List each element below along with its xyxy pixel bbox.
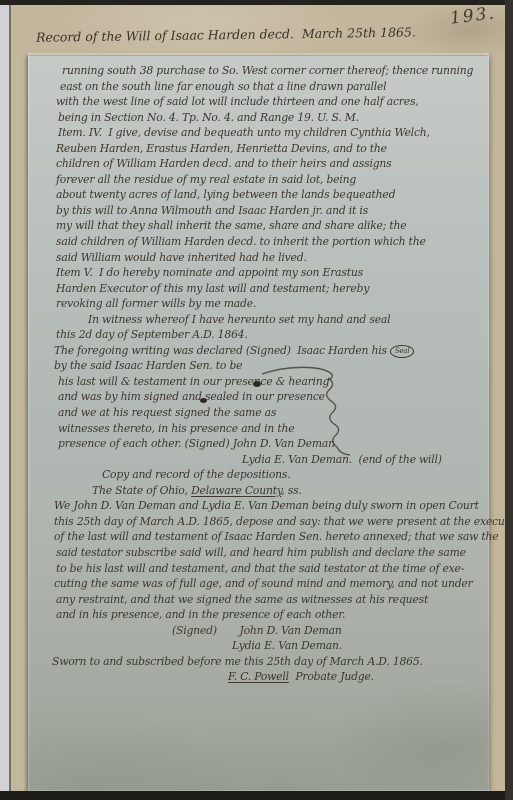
will-line-text: Probate Judge.: [289, 670, 374, 683]
will-line-6: Reuben Harden, Erastus Harden, Henrietta…: [56, 141, 484, 157]
will-line-3: with the west line of said lot will incl…: [56, 94, 484, 110]
will-line-31: of the last will and testament of Isaac …: [54, 529, 484, 545]
ink-blot: [253, 381, 261, 387]
will-line-text: cuting the same was of full age, and of …: [54, 577, 473, 590]
will-line-text: running south 38 purchase to So. West co…: [62, 64, 473, 77]
will-line-text: The foregoing writing was declared (Sign…: [54, 344, 387, 357]
will-line-text: east on the south line far enough so tha…: [60, 80, 386, 93]
will-line-38: Lydia E. Van Deman.: [232, 638, 484, 654]
will-line-27: Copy and record of the depositions.: [102, 467, 484, 483]
will-line-text: with the west line of said lot will incl…: [56, 95, 419, 108]
will-line-text: about twenty acres of land, lying betwee…: [56, 188, 395, 201]
will-line-text: by the said Isaac Harden Sen. to be: [54, 359, 242, 372]
ink-blot: [200, 398, 207, 403]
will-line-13: said William would have inherited had he…: [56, 250, 484, 266]
will-line-text: this 2d day of September A.D. 1864.: [56, 328, 248, 341]
will-line-39: Sworn to and subscribed before me this 2…: [52, 654, 484, 670]
scanned-will-record-page: 193. Record of the Will of Isaac Harden …: [0, 0, 513, 800]
will-line-text: my will that they shall inherit the same…: [56, 219, 407, 232]
will-line-text: said testator subscribe said will, and h…: [56, 546, 466, 559]
will-line-15: Harden Executor of this my last will and…: [56, 281, 484, 297]
will-line-text: Item V. I do hereby nominate and appoint…: [56, 266, 363, 279]
page-edge-seam: [9, 0, 11, 800]
will-line-19: The foregoing writing was declared (Sign…: [54, 343, 484, 359]
page-number: 193.: [449, 3, 497, 28]
will-line-10: by this will to Anna Wilmouth and Isaac …: [56, 203, 484, 219]
seal-mark: Seal: [390, 345, 415, 358]
attestation-brace: [258, 363, 358, 463]
will-line-text: any restraint, and that we signed the sa…: [56, 593, 428, 606]
will-line-8: forever all the residue of my real estat…: [56, 172, 484, 188]
will-line-text: forever all the residue of my real estat…: [56, 173, 356, 186]
will-line-text: by this will to Anna Wilmouth and Isaac …: [56, 204, 368, 217]
will-line-text: said William would have inherited had he…: [56, 251, 307, 264]
will-line-2: east on the south line far enough so tha…: [60, 79, 484, 95]
will-line-34: cuting the same was of full age, and of …: [54, 576, 484, 592]
will-line-17: In witness whereof I have hereunto set m…: [88, 312, 484, 328]
will-line-text: said children of William Harden decd. to…: [56, 235, 426, 248]
will-line-text: (Signed) John D. Van Deman: [172, 624, 342, 637]
will-line-9: about twenty acres of land, lying betwee…: [56, 187, 484, 203]
will-line-14: Item V. I do hereby nominate and appoint…: [56, 265, 484, 281]
will-line-text: In witness whereof I have hereunto set m…: [88, 313, 390, 326]
will-line-33: to be his last will and testament, and t…: [56, 561, 484, 577]
will-line-text: Delaware County: [191, 484, 281, 497]
will-line-text: being in Section No. 4. Tp. No. 4. and R…: [58, 111, 359, 124]
will-line-29: We John D. Van Deman and Lydia E. Van De…: [54, 498, 484, 514]
will-line-30: this 25th day of March A.D. 1865, depose…: [54, 514, 484, 530]
book-gutter: [0, 0, 9, 800]
will-line-text: Sworn to and subscribed before me this 2…: [52, 655, 423, 668]
will-line-text: Reuben Harden, Erastus Harden, Henrietta…: [56, 142, 387, 155]
will-line-text: and in his presence, and in the presence…: [56, 608, 345, 621]
will-line-text: F. C. Powell: [228, 670, 289, 683]
photo-edge-right: [505, 0, 513, 800]
will-line-11: my will that they shall inherit the same…: [56, 218, 484, 234]
will-line-16: revoking all former wills by me made.: [56, 296, 484, 312]
will-line-text: Lydia E. Van Deman.: [232, 639, 342, 652]
will-line-text: of the last will and testament of Isaac …: [54, 530, 498, 543]
will-line-32: said testator subscribe said will, and h…: [56, 545, 484, 561]
will-line-1: running south 38 purchase to So. West co…: [62, 63, 484, 79]
will-line-18: this 2d day of September A.D. 1864.: [56, 327, 484, 343]
will-line-4: being in Section No. 4. Tp. No. 4. and R…: [58, 110, 484, 126]
will-line-text: Item. IV. I give, devise and bequeath un…: [58, 126, 430, 139]
photo-edge-bottom: [0, 791, 513, 800]
will-line-text: this 25th day of March A.D. 1865, depose…: [54, 515, 513, 528]
will-line-text: revoking all former wills by me made.: [56, 297, 256, 310]
will-line-text: Harden Executor of this my last will and…: [56, 282, 369, 295]
will-line-text: children of William Harden decd. and to …: [56, 157, 392, 170]
photo-edge-top: [0, 0, 513, 5]
will-line-text: to be his last will and testament, and t…: [56, 562, 464, 575]
will-line-35: any restraint, and that we signed the sa…: [56, 592, 484, 608]
will-line-text: , ss.: [281, 484, 301, 497]
will-line-37: (Signed) John D. Van Deman: [172, 623, 484, 639]
will-line-text: Copy and record of the depositions.: [102, 468, 291, 481]
will-line-5: Item. IV. I give, devise and bequeath un…: [58, 125, 484, 141]
will-line-7: children of William Harden decd. and to …: [56, 156, 484, 172]
will-line-text: and we at his request signed the same as: [58, 406, 276, 419]
record-header: Record of the Will of Isaac Harden decd.…: [36, 24, 436, 45]
will-line-text: We John D. Van Deman and Lydia E. Van De…: [54, 499, 479, 512]
will-line-text: The State of Ohio,: [92, 484, 191, 497]
will-line-36: and in his presence, and in the presence…: [56, 607, 484, 623]
will-line-40: F. C. Powell Probate Judge.: [228, 669, 484, 685]
will-line-12: said children of William Harden decd. to…: [56, 234, 484, 250]
will-line-28: The State of Ohio, Delaware County, ss.: [92, 483, 484, 499]
